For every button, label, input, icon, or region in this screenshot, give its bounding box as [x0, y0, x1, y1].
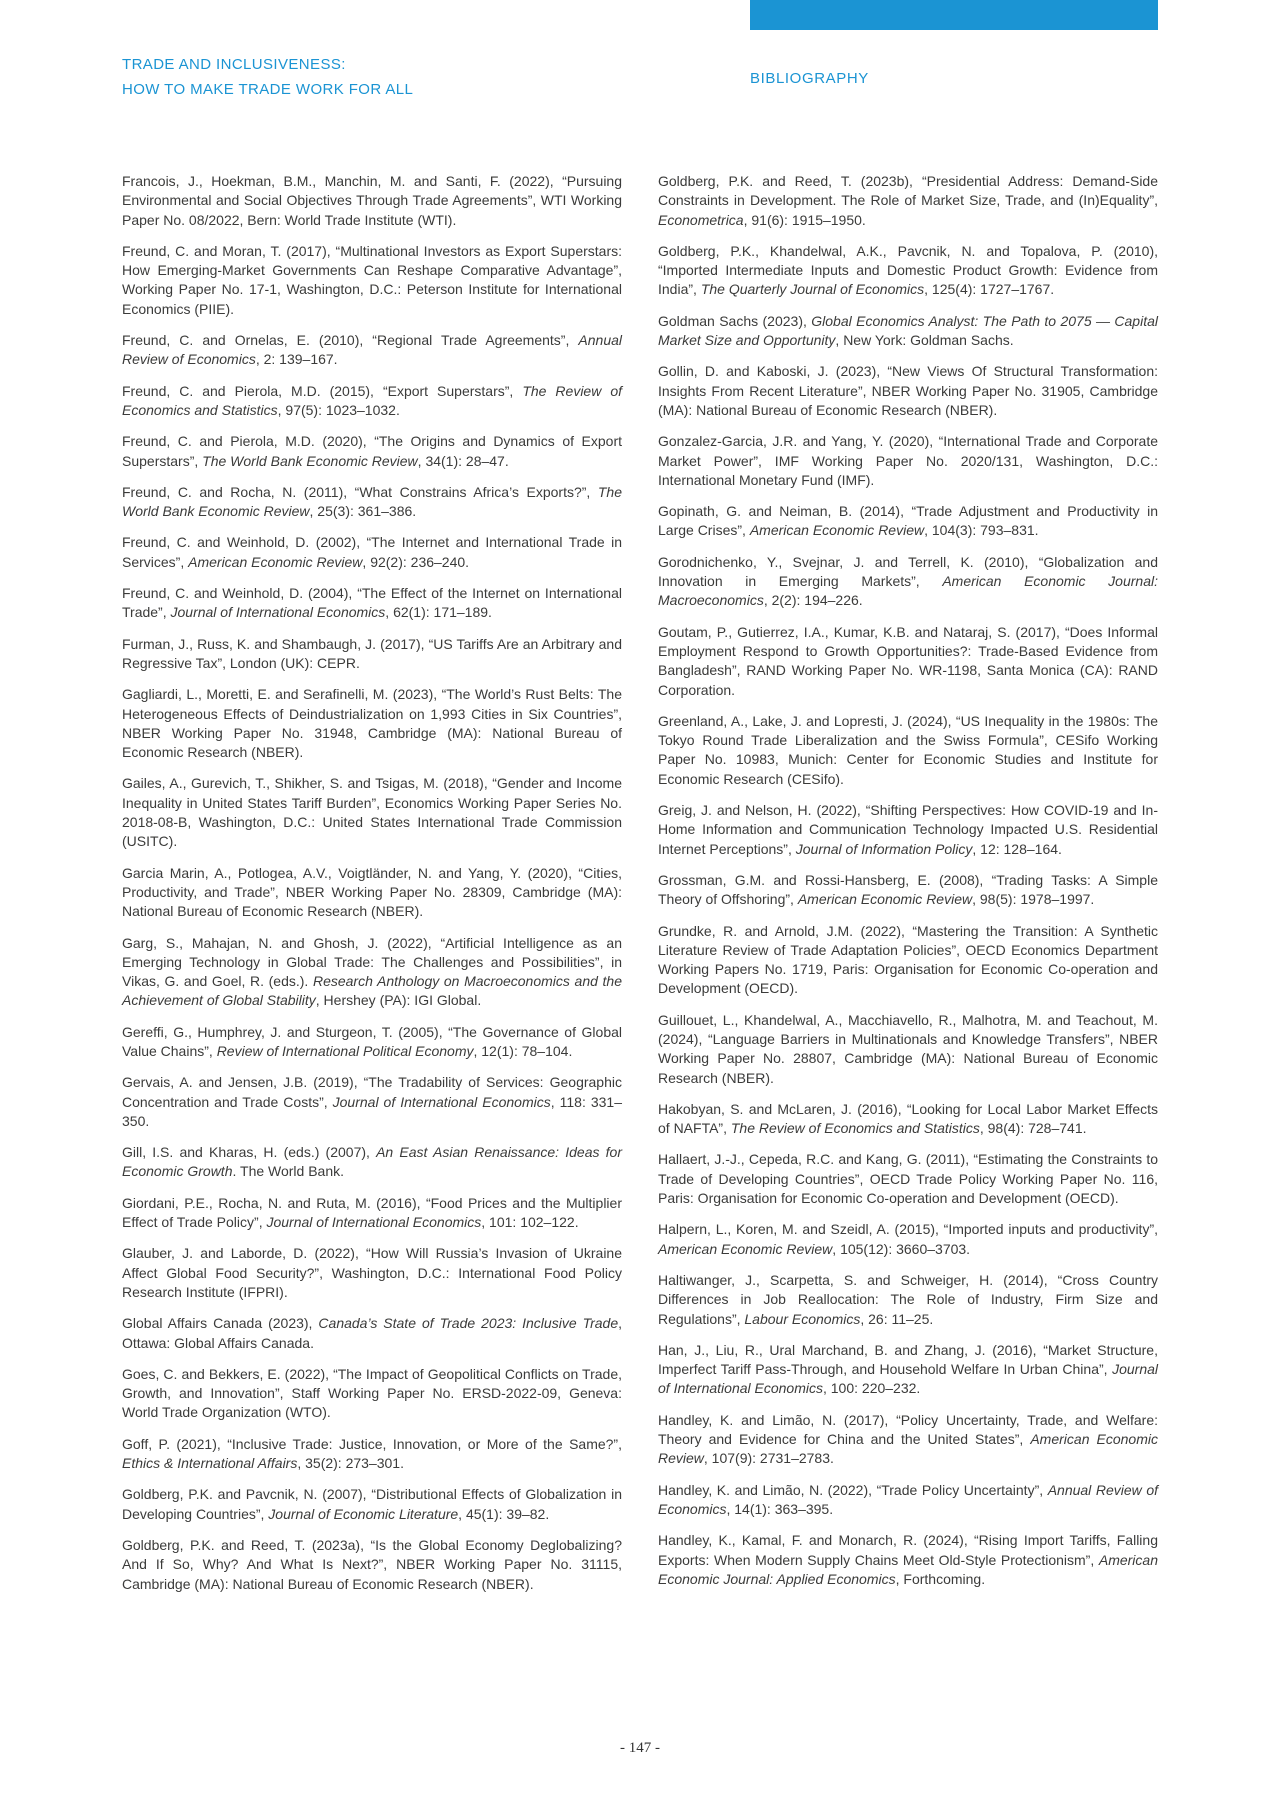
bibliography-entry: Garcia Marin, A., Potlogea, A.V., Voigtl…	[122, 864, 622, 922]
bibliography-entry: Gopinath, G. and Neiman, B. (2014), “Tra…	[658, 502, 1158, 541]
bibliography-entry: Furman, J., Russ, K. and Shambaugh, J. (…	[122, 635, 622, 674]
bibliography-entry: Freund, C. and Weinhold, D. (2004), “The…	[122, 584, 622, 623]
bibliography-entry: Goldberg, P.K. and Reed, T. (2023b), “Pr…	[658, 172, 1158, 230]
bibliography-right-column: Goldberg, P.K. and Reed, T. (2023b), “Pr…	[658, 172, 1158, 1606]
bibliography-entry: Freund, C. and Pierola, M.D. (2020), “Th…	[122, 432, 622, 471]
bibliography-entry: Gollin, D. and Kaboski, J. (2023), “New …	[658, 362, 1158, 420]
booklet-title: TRADE AND INCLUSIVENESS: HOW TO MAKE TRA…	[122, 52, 592, 102]
bibliography-entry: Gill, I.S. and Kharas, H. (eds.) (2007),…	[122, 1143, 622, 1182]
bibliography-entry: Goff, P. (2021), “Inclusive Trade: Justi…	[122, 1435, 622, 1474]
bibliography-entry: Goldberg, P.K. and Reed, T. (2023a), “Is…	[122, 1536, 622, 1594]
bibliography-entry: Giordani, P.E., Rocha, N. and Ruta, M. (…	[122, 1194, 622, 1233]
bibliography-entry: Greenland, A., Lake, J. and Lopresti, J.…	[658, 712, 1158, 789]
section-title: BIBLIOGRAPHY	[750, 70, 869, 87]
bibliography-entry: Handley, K., Kamal, F. and Monarch, R. (…	[658, 1531, 1158, 1589]
bibliography-entry: Garg, S., Mahajan, N. and Ghosh, J. (202…	[122, 934, 622, 1011]
bibliography-entry: Gorodnichenko, Y., Svejnar, J. and Terre…	[658, 553, 1158, 611]
bibliography-entry: Freund, C. and Pierola, M.D. (2015), “Ex…	[122, 382, 622, 421]
bibliography: Francois, J., Hoekman, B.M., Manchin, M.…	[122, 172, 1158, 1606]
bibliography-entry: Goes, C. and Bekkers, E. (2022), “The Im…	[122, 1365, 622, 1423]
bibliography-entry: Glauber, J. and Laborde, D. (2022), “How…	[122, 1244, 622, 1302]
bibliography-entry: Global Affairs Canada (2023), Canada’s S…	[122, 1314, 622, 1353]
bibliography-entry: Freund, C. and Rocha, N. (2011), “What C…	[122, 483, 622, 522]
bibliography-entry: Greig, J. and Nelson, H. (2022), “Shifti…	[658, 801, 1158, 859]
booklet-title-line1: TRADE AND INCLUSIVENESS:	[122, 52, 592, 77]
bibliography-entry: Haltiwanger, J., Scarpetta, S. and Schwe…	[658, 1271, 1158, 1329]
bibliography-entry: Handley, K. and Limão, N. (2017), “Polic…	[658, 1411, 1158, 1469]
bibliography-entry: Gailes, A., Gurevich, T., Shikher, S. an…	[122, 774, 622, 851]
bibliography-entry: Guillouet, L., Khandelwal, A., Macchiave…	[658, 1011, 1158, 1088]
bibliography-entry: Freund, C. and Ornelas, E. (2010), “Regi…	[122, 331, 622, 370]
booklet-title-line2: HOW TO MAKE TRADE WORK FOR ALL	[122, 77, 592, 102]
bibliography-entry: Goldman Sachs (2023), Global Economics A…	[658, 312, 1158, 351]
bibliography-entry: Freund, C. and Weinhold, D. (2002), “The…	[122, 533, 622, 572]
bibliography-entry: Freund, C. and Moran, T. (2017), “Multin…	[122, 242, 622, 319]
bibliography-entry: Goldberg, P.K., Khandelwal, A.K., Pavcni…	[658, 242, 1158, 300]
bibliography-entry: Francois, J., Hoekman, B.M., Manchin, M.…	[122, 172, 622, 230]
bibliography-entry: Grossman, G.M. and Rossi-Hansberg, E. (2…	[658, 871, 1158, 910]
bibliography-entry: Grundke, R. and Arnold, J.M. (2022), “Ma…	[658, 922, 1158, 999]
page-number: - 147 -	[0, 1740, 1280, 1757]
bibliography-entry: Gagliardi, L., Moretti, E. and Serafinel…	[122, 685, 622, 762]
bibliography-entry: Goutam, P., Gutierrez, I.A., Kumar, K.B.…	[658, 623, 1158, 700]
top-accent-bar	[750, 0, 1158, 30]
bibliography-entry: Han, J., Liu, R., Ural Marchand, B. and …	[658, 1341, 1158, 1399]
bibliography-entry: Gonzalez-Garcia, J.R. and Yang, Y. (2020…	[658, 432, 1158, 490]
bibliography-entry: Hallaert, J.-J., Cepeda, R.C. and Kang, …	[658, 1150, 1158, 1208]
bibliography-entry: Goldberg, P.K. and Pavcnik, N. (2007), “…	[122, 1485, 622, 1524]
bibliography-entry: Gervais, A. and Jensen, J.B. (2019), “Th…	[122, 1073, 622, 1131]
bibliography-entry: Halpern, L., Koren, M. and Szeidl, A. (2…	[658, 1220, 1158, 1259]
bibliography-left-column: Francois, J., Hoekman, B.M., Manchin, M.…	[122, 172, 622, 1606]
bibliography-entry: Gereffi, G., Humphrey, J. and Sturgeon, …	[122, 1023, 622, 1062]
bibliography-entry: Hakobyan, S. and McLaren, J. (2016), “Lo…	[658, 1100, 1158, 1139]
bibliography-entry: Handley, K. and Limão, N. (2022), “Trade…	[658, 1481, 1158, 1520]
